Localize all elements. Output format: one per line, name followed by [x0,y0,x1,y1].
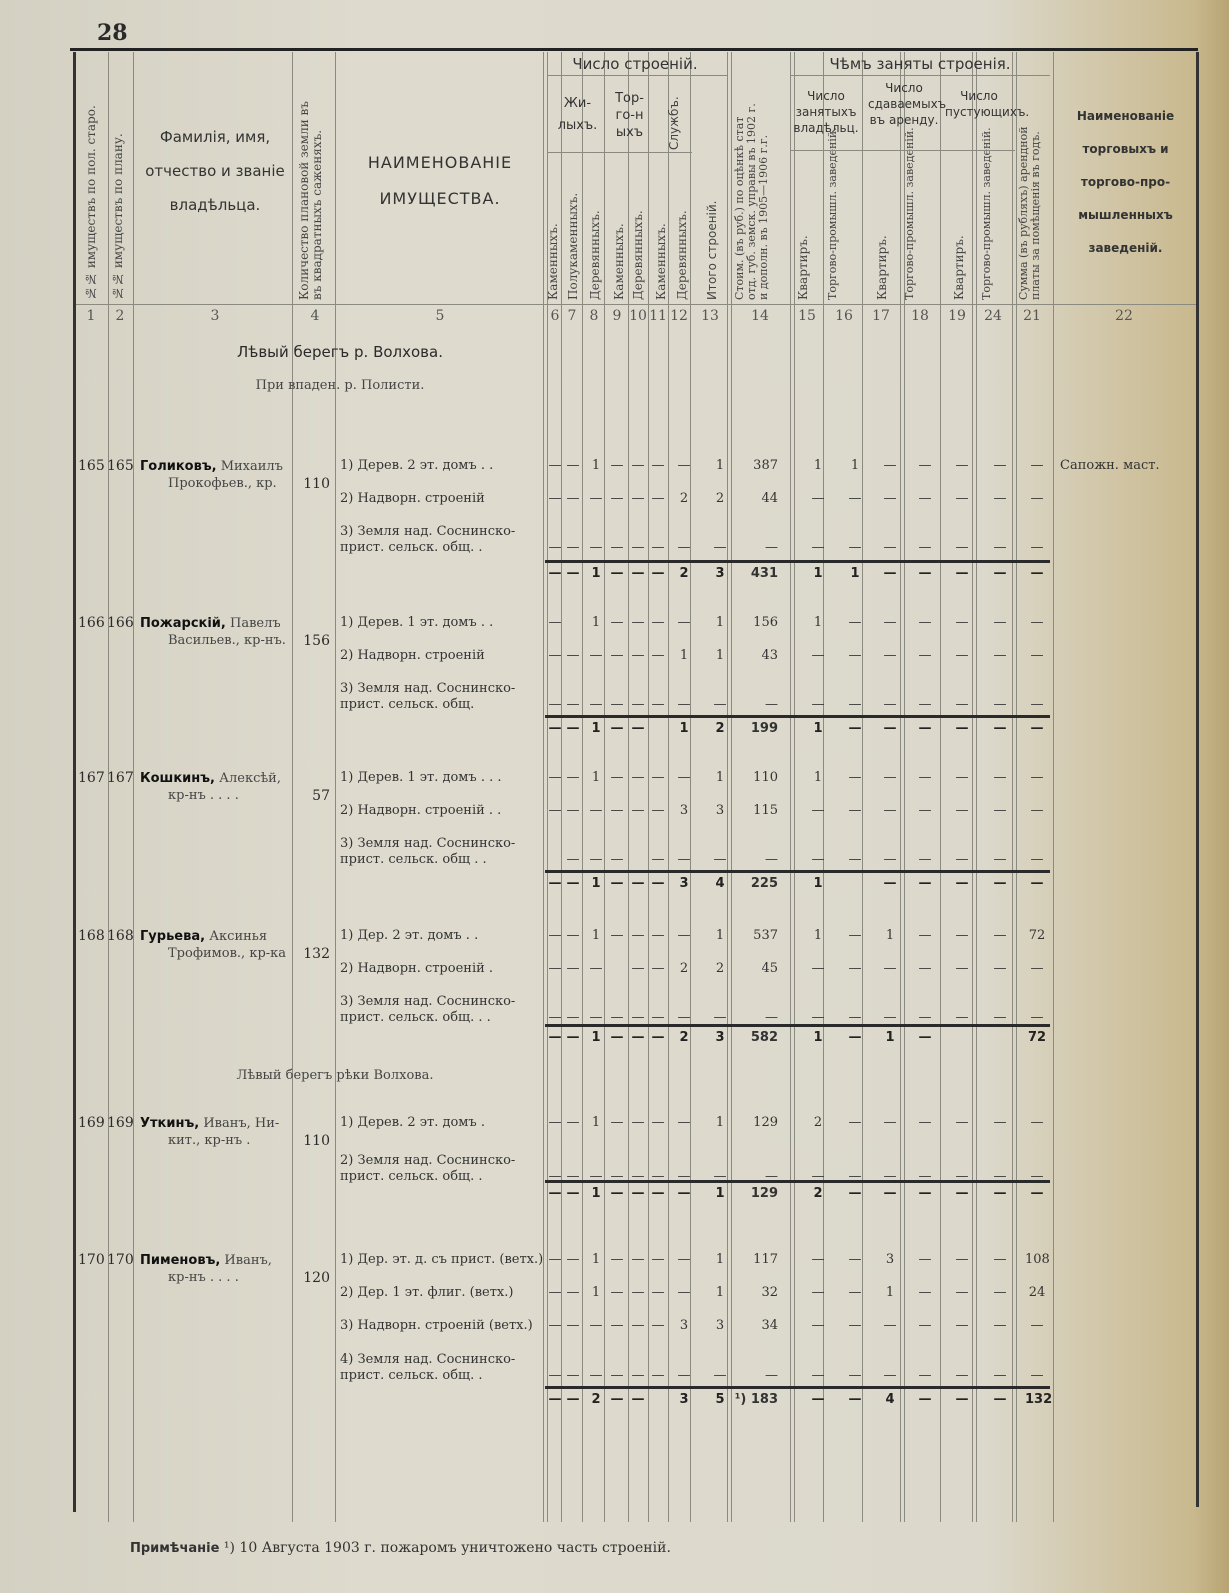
total-cell: 431 [734,566,778,581]
data-cell: — [646,928,670,943]
total-cell: 582 [734,1030,778,1045]
data-cell: — [646,852,670,867]
data-cell: — [1025,961,1049,976]
header-col19: Квартиръ. [953,210,966,300]
data-cell: — [843,770,867,785]
column-number: 18 [908,308,932,324]
data-cell: — [806,1252,830,1267]
data-cell: — [843,852,867,867]
total-cell: 225 [734,876,778,891]
header-sub-trade: Тор-го-ныхъ [612,90,647,141]
data-cell: 1 [708,1252,732,1267]
column-number: 16 [832,308,856,324]
column-rule [582,52,583,1522]
owner-given: Аксинья [209,929,267,944]
column-number: 1 [79,308,103,324]
header-col15: Квартиръ. [797,210,810,300]
owner-given: Иванъ, [224,1253,271,1268]
owner-given: Михаилъ [221,459,283,474]
record-number-old: 170 [78,1252,105,1268]
owner-surname: Уткинъ, [140,1116,199,1131]
data-cell: 129 [742,1115,778,1130]
property-item: 2) Надворн. строеній [340,648,545,664]
data-cell: 2 [672,961,696,976]
header-col1: №№ имуществъ по пол. старо. [85,60,98,300]
total-cell: 1 [708,1186,732,1201]
data-cell: — [913,928,937,943]
data-cell: — [878,615,902,630]
data-cell: 1 [878,928,902,943]
data-cell: — [1025,1368,1049,1383]
header-col13: Итого строеній. [706,170,719,300]
total-cell: — [950,1186,974,1201]
data-cell: — [878,852,902,867]
column-number: 7 [560,308,584,324]
data-cell: — [561,852,585,867]
total-rule [545,715,1050,718]
data-cell: 3 [878,1252,902,1267]
total-cell: — [950,566,974,581]
total-rule [545,560,1050,563]
data-cell: — [878,1010,902,1025]
data-cell: — [561,803,585,818]
data-cell: — [878,458,902,473]
section-title-1: Лѣвый берегъ р. Волхова. [140,343,540,361]
data-cell: 1 [708,770,732,785]
data-cell: 2 [806,1115,830,1130]
header-sub-residential: Жи-лыхъ. [550,93,605,137]
owner-surname: Гурьева, [140,929,205,944]
total-rule [545,1386,1050,1389]
data-cell: — [561,697,585,712]
data-cell: 537 [742,928,778,943]
total-cell: — [843,1186,867,1201]
data-cell: — [843,1115,867,1130]
property-item: 2) Надворн. строеній [340,491,545,507]
data-cell: — [672,697,696,712]
data-cell: — [646,961,670,976]
total-cell: 2 [672,1030,696,1045]
column-number: 12 [667,308,691,324]
header-col17: Квартиръ. [876,210,889,300]
data-cell: — [878,1368,902,1383]
record-number-plan: 169 [107,1115,134,1131]
record-number-old: 169 [78,1115,105,1131]
data-cell: — [1025,803,1049,818]
data-cell: 32 [742,1285,778,1300]
total-cell: 3 [672,876,696,891]
total-cell: 1 [806,1030,830,1045]
data-cell: — [988,852,1012,867]
owner-surname: Пожарскій, [140,616,226,631]
data-cell: — [878,697,902,712]
data-cell: — [913,770,937,785]
data-cell: — [672,1115,696,1130]
land-area: 132 [295,946,330,962]
data-cell: — [950,1368,974,1383]
total-cell: — [913,1186,937,1201]
data-cell: — [843,491,867,506]
data-cell: — [843,1318,867,1333]
data-cell: — [672,770,696,785]
data-cell: — [878,803,902,818]
record-number-old: 165 [78,458,105,474]
footnote-label: Примѣчаніе [130,1541,219,1556]
table-left-rule [73,52,76,1512]
data-cell: — [646,1285,670,1300]
total-cell: 1 [806,876,830,891]
data-cell: — [913,961,937,976]
total-cell: — [988,721,1012,736]
data-cell: — [913,1368,937,1383]
column-number: 5 [428,308,452,324]
footnote-text: ¹) 10 Августа 1903 г. пожаромъ уничтожен… [224,1540,671,1556]
land-area: 110 [295,1133,330,1149]
property-item: 2) Надворн. строеній . [340,961,545,977]
data-cell: — [1025,770,1049,785]
owner-rank: кит., кр-нъ . [140,1133,250,1148]
header-col10: Деревянныхъ. [632,160,645,300]
header-col20: Торгово-промышл. заведеній. [980,165,993,300]
data-cell: — [708,852,732,867]
data-cell: — [950,1285,974,1300]
total-cell: — [1025,1186,1049,1201]
total-cell: 2 [708,721,732,736]
data-cell: — [950,540,974,555]
total-cell: — [561,1392,585,1407]
column-rule [335,52,336,1522]
data-cell: — [806,961,830,976]
column-rule [862,52,863,1522]
header-col12: Деревянныхъ. [676,160,689,300]
data-cell: — [672,1285,696,1300]
enterprise-name: Сапожн. маст. [1060,458,1190,474]
total-cell: 132 [1025,1392,1049,1407]
column-number: 22 [1112,308,1136,324]
data-cell: 1 [806,928,830,943]
data-cell: — [543,615,567,630]
data-cell: — [913,1285,937,1300]
data-cell: — [950,1318,974,1333]
column-rule [972,52,977,1522]
data-cell: 45 [742,961,778,976]
data-cell: — [843,1368,867,1383]
data-cell: — [950,1115,974,1130]
data-cell: — [913,1318,937,1333]
data-cell: — [1025,615,1049,630]
data-cell: — [806,852,830,867]
header-col5: НАИМЕНОВАНІЕ ИМУЩЕСТВА. [340,145,540,217]
data-cell: — [988,491,1012,506]
data-cell: — [584,961,608,976]
owner-surname: Кошкинъ, [140,771,215,786]
data-cell: 43 [742,648,778,663]
property-item: 1) Дерев. 2 эт. домъ . . [340,458,545,474]
data-cell: 34 [742,1318,778,1333]
owner-surname: Пименовъ, [140,1253,220,1268]
data-cell: 115 [742,803,778,818]
land-area: 120 [295,1270,330,1286]
header-col22: Наименованіе торговыхъ и торгово-про- мы… [1058,100,1193,265]
data-cell: — [913,648,937,663]
total-rule [545,870,1050,873]
data-cell: — [950,1252,974,1267]
header-col21: Сумма (въ рубляхъ) аренднойплаты за помѣ… [1018,75,1042,300]
data-cell: — [561,928,585,943]
data-cell: — [988,1115,1012,1130]
data-cell: 110 [742,770,778,785]
header-col6: Каменныхъ. [547,170,560,300]
total-cell: — [913,1030,937,1045]
data-cell: — [913,491,937,506]
data-cell: 156 [742,615,778,630]
header-col16: Торгово-промышл. заведеній. [826,165,839,300]
header-col18: Торгово-промышл. заведеній. [903,165,916,300]
total-cell: — [843,1392,867,1407]
data-cell: — [646,697,670,712]
column-rule [604,52,605,1522]
data-cell: 1 [672,648,696,663]
header-col2: №№ имуществъ по плану. [112,80,125,300]
property-item: 1) Дер. 2 эт. домъ . . [340,928,545,944]
total-rule [545,1180,1050,1183]
data-cell: 1 [708,1285,732,1300]
page-number: 28 [97,20,128,46]
data-cell: — [878,961,902,976]
property-item: 1) Дерев. 1 эт. домъ . . . [340,770,545,786]
total-cell: 129 [734,1186,778,1201]
data-cell: — [913,1010,937,1025]
total-cell: — [672,1186,696,1201]
header-sub-empty: Число пустующихъ. [945,88,1013,120]
data-cell: — [843,615,867,630]
data-cell: — [950,803,974,818]
land-area: 156 [295,633,330,649]
data-cell: — [950,615,974,630]
data-cell: — [878,491,902,506]
data-cell: — [878,1318,902,1333]
data-cell: — [646,540,670,555]
total-cell: — [878,876,902,891]
data-cell: — [646,1318,670,1333]
header-bottom-rule [76,304,1196,305]
record-number-plan: 165 [107,458,134,474]
data-cell: — [878,648,902,663]
section-title-2: Лѣвый берегъ рѣки Волхова. [135,1068,535,1083]
data-cell: — [950,458,974,473]
total-cell: — [626,1392,650,1407]
property-item: 1) Дерев. 2 эт. домъ . [340,1115,545,1131]
column-rule [940,52,941,1522]
data-cell: — [561,540,585,555]
data-cell: — [1025,540,1049,555]
data-cell: — [878,540,902,555]
total-cell: — [843,721,867,736]
data-cell: — [561,1285,585,1300]
data-cell: — [806,1318,830,1333]
data-cell: — [806,491,830,506]
data-cell: — [843,697,867,712]
header-sub-rule-1 [547,152,692,153]
data-cell: 1 [806,458,830,473]
data-cell: — [561,1368,585,1383]
total-cell: — [1025,566,1049,581]
data-cell: 3 [708,1318,732,1333]
data-cell: — [950,961,974,976]
table-right-rule [1196,52,1199,1507]
data-cell: — [646,1010,670,1025]
data-cell: 1 [708,928,732,943]
total-cell: — [950,1392,974,1407]
column-number: 21 [1020,308,1044,324]
column-number: 17 [869,308,893,324]
data-cell: — [806,1368,830,1383]
owner-rank: Прокофьев., кр. [140,476,277,491]
data-cell: — [672,540,696,555]
owner-rank: Васильев., кр-нъ. [140,633,286,648]
data-cell: — [806,1010,830,1025]
data-cell: — [843,961,867,976]
data-cell: — [708,1010,732,1025]
property-item: 3) Земля над. Соснинско-прист. сельск. о… [340,681,545,713]
data-cell: — [950,491,974,506]
total-cell: 4 [878,1392,902,1407]
data-cell: 1 [708,1115,732,1130]
data-cell: — [742,697,778,712]
column-rule [628,52,629,1522]
data-cell: 387 [742,458,778,473]
property-item: 1) Дер. эт. д. съ прист. (ветх.) [340,1252,545,1268]
data-cell: — [561,1010,585,1025]
total-cell: 4 [708,876,732,891]
total-cell: 1 [806,566,830,581]
column-rule [727,52,732,1522]
data-cell: — [1025,648,1049,663]
header-col8: Деревянныхъ. [589,160,602,300]
header-sub-rule-2 [790,150,1015,151]
data-cell: 2 [708,491,732,506]
data-cell: — [561,1252,585,1267]
column-number: 2 [108,308,132,324]
data-cell: — [646,770,670,785]
data-cell: — [913,540,937,555]
total-cell: — [1025,876,1049,891]
data-cell: — [1025,852,1049,867]
column-rule [108,52,109,1522]
data-cell: — [806,1285,830,1300]
owner-given: Алексѣй, [219,771,281,786]
header-col9: Каменныхъ. [613,170,626,300]
footnote: Примѣчаніе ¹) 10 Августа 1903 г. пожаром… [130,1540,671,1556]
column-rule [1053,52,1054,1522]
total-cell: — [561,721,585,736]
total-cell: 1 [878,1030,902,1045]
data-cell: — [742,1010,778,1025]
total-cell: — [913,876,937,891]
data-cell: — [950,697,974,712]
data-cell: 2 [708,961,732,976]
data-cell: — [913,1115,937,1130]
column-number: 8 [582,308,606,324]
header-col14: Стоим. (въ руб.) по оцѣнкѣ статотд. губ.… [734,55,770,300]
data-cell: — [913,852,937,867]
total-cell: 5 [708,1392,732,1407]
data-cell: 1 [806,615,830,630]
data-cell: — [988,1252,1012,1267]
data-cell: 44 [742,491,778,506]
data-cell: — [672,852,696,867]
record-number-plan: 168 [107,928,134,944]
data-cell: — [742,1368,778,1383]
column-number: 15 [795,308,819,324]
data-cell: — [913,803,937,818]
property-item: 3) Земля над. Соснинско-прист. сельск. о… [340,524,545,556]
total-cell: — [646,876,670,891]
data-cell: — [646,615,670,630]
data-cell: 117 [742,1252,778,1267]
property-item: 3) Земля над. Соснинско-прист. сельск. о… [340,836,545,868]
data-cell: — [646,1252,670,1267]
data-cell: — [988,961,1012,976]
data-cell: — [988,540,1012,555]
owner-given: Павелъ [230,616,281,631]
data-cell: 1 [708,648,732,663]
data-cell: 1 [843,458,867,473]
total-cell: — [561,1186,585,1201]
data-cell: 72 [1025,928,1049,943]
data-cell: — [708,697,732,712]
column-number: 24 [981,308,1005,324]
header-col3: Фамилія, имя, отчество и званіе владѣльц… [140,120,290,222]
data-cell: — [561,1318,585,1333]
total-cell: 1 [806,721,830,736]
data-cell: — [672,1010,696,1025]
total-cell: 1 [672,721,696,736]
total-cell: 3 [708,566,732,581]
data-cell: — [950,770,974,785]
property-item: 3) Земля над. Соснинско-прист. сельск. о… [340,994,545,1026]
total-cell: — [561,1030,585,1045]
total-cell: — [646,566,670,581]
property-item: 1) Дерев. 1 эт. домъ . . [340,615,545,631]
header-group-rule-2 [790,75,1050,76]
total-cell: — [878,1186,902,1201]
total-cell: 3 [708,1030,732,1045]
header-group-occupied: Чѣмъ заняты строенія. [790,55,1050,73]
data-cell: — [988,1285,1012,1300]
document-page: 28 №№ имуществъ по пол. старо. №№ имущес… [0,0,1229,1593]
data-cell: — [878,1115,902,1130]
data-cell: — [1025,1010,1049,1025]
total-cell: 3 [672,1392,696,1407]
data-cell: — [646,1115,670,1130]
land-area: 110 [295,476,330,492]
header-col7: Полукаменныхъ. [567,150,580,300]
header-sub-service: Службъ. [668,80,681,150]
data-cell: — [988,648,1012,663]
data-cell: — [806,648,830,663]
column-rule [690,52,691,1522]
data-cell: — [913,458,937,473]
data-cell: 1 [708,615,732,630]
data-cell: — [742,540,778,555]
owner-rank: Трофимов., кр-ка [140,946,286,961]
data-cell: — [988,1368,1012,1383]
data-cell: — [646,648,670,663]
data-cell: — [708,540,732,555]
column-number: 3 [203,308,227,324]
total-cell: — [878,721,902,736]
